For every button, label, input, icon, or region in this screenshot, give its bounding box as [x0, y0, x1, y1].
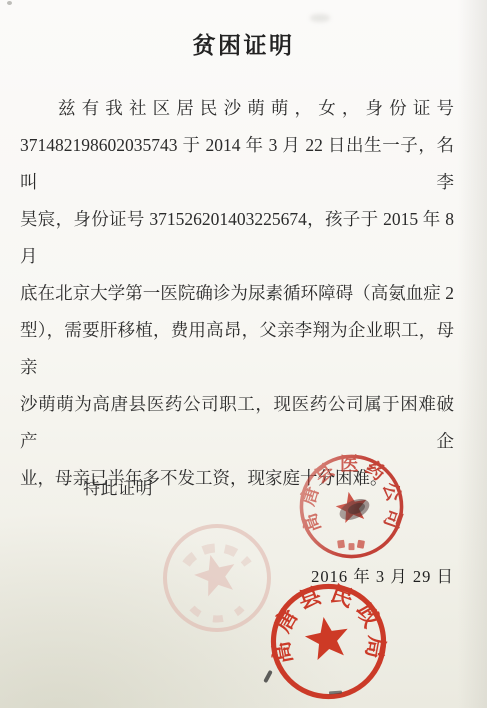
civil-affairs-seal-icon: 高唐县民政局: [269, 582, 388, 701]
body-line: 371482198602035743 于 2014 年 3 月 22 日出生一子…: [20, 127, 454, 201]
body-line: 兹有我社区居民沙萌萌，女，身份证号: [20, 90, 454, 127]
document-title: 贫困证明: [0, 27, 487, 60]
body-line: 沙萌萌为高唐县医药公司职工，现医药公司属于困难破产企: [20, 386, 454, 460]
body-line: 昊宸，身份证号 371526201403225674，孩子于 2015 年 8 …: [20, 201, 454, 275]
paper-smudge: [310, 14, 330, 22]
certificate-page: 贫困证明 兹有我社区居民沙萌萌，女，身份证号 37148219860203574…: [0, 0, 487, 708]
document-date: 2016 年 3 月 29 日: [311, 563, 454, 587]
body-line: 型），需要肝移植，费用高昂，父亲李翔为企业职工，母亲: [20, 312, 454, 386]
closing-statement: 特此证明: [83, 474, 153, 499]
body-line: 底在北京大学第一医院确诊为尿素循环障碍（高氨血症 2: [20, 275, 454, 312]
document-body: 兹有我社区居民沙萌萌，女，身份证号 371482198602035743 于 2…: [20, 90, 454, 497]
civil-affairs-seal-text: 高唐县民政局: [269, 582, 388, 666]
ink-mark: [263, 670, 273, 683]
faint-star-icon: [190, 550, 240, 599]
civil-affairs-seal-star-icon: [302, 613, 352, 661]
ink-mark: [329, 691, 342, 695]
svg-text:高唐县民政局: 高唐县民政局: [269, 582, 388, 666]
paper-speck: [7, 1, 12, 5]
faint-seal-impression-icon: [161, 522, 273, 634]
